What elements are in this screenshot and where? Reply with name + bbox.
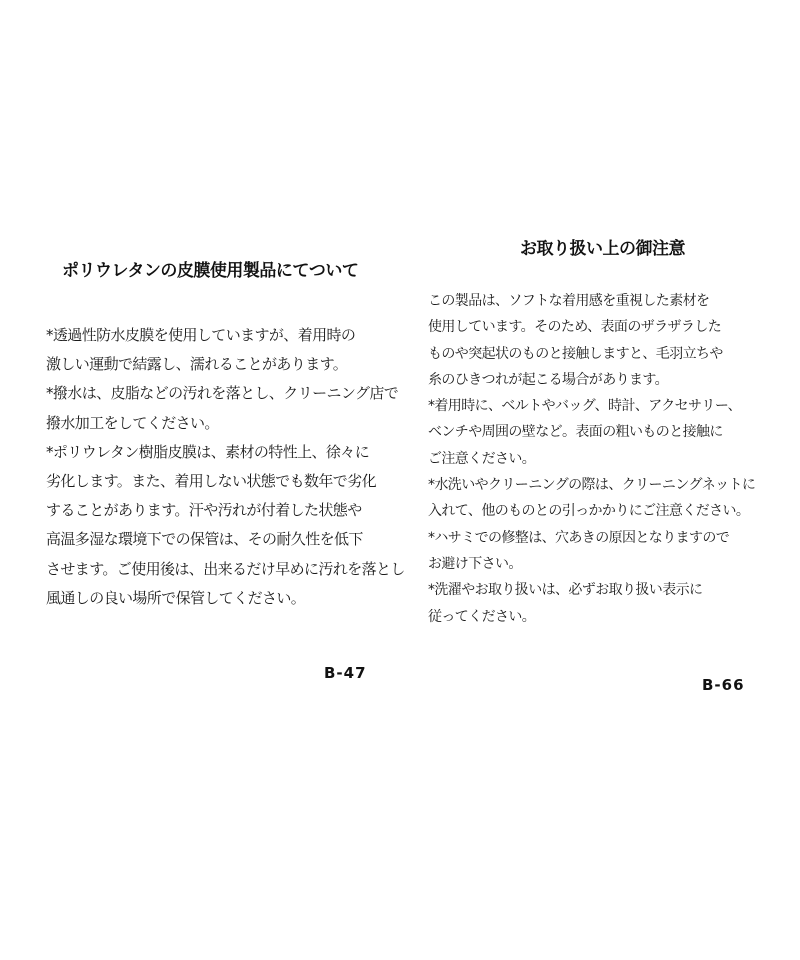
handling-caution-panel: お取り扱い上の御注意 この製品は、ソフトな着用感を重視した素材を 使用しています…	[428, 234, 768, 630]
handling-caution-text: この製品は、ソフトな着用感を重視した素材を 使用しています。そのため、表面のザラ…	[428, 288, 768, 630]
document-code-b66: B-66	[702, 676, 745, 694]
polyurethane-care-panel: ポリウレタンの皮膜使用製品にてついて *透過性防水皮膜を使用していますが、着用時…	[46, 256, 391, 613]
text-line: *水洗いやクリーニングの際は、クリーニングネットに	[428, 472, 768, 498]
text-line: *ハサミでの修整は、穴あきの原因となりますので	[428, 525, 768, 551]
text-line: することがあります。汗や汚れが付着した状態や	[46, 496, 391, 525]
text-line: ものや突起状のものと接触しますと、毛羽立ちや	[428, 341, 768, 367]
text-line: *洗濯やお取り扱いは、必ずお取り扱い表示に	[428, 577, 768, 603]
handling-caution-title: お取り扱い上の御注意	[520, 234, 768, 264]
text-line: 高温多湿な環境下での保管は、その耐久性を低下	[46, 525, 391, 554]
text-line: *透過性防水皮膜を使用していますが、着用時の	[46, 321, 391, 350]
text-line: *着用時に、ベルトやバッグ、時計、アクセサリー、	[428, 393, 768, 419]
text-line: 従ってください。	[428, 604, 768, 630]
text-line: 激しい運動で結露し、濡れることがあります。	[46, 350, 391, 379]
text-line: ベンチや周囲の壁など。表面の粗いものと接触に	[428, 419, 768, 445]
text-line: ご注意ください。	[428, 446, 768, 472]
text-line: させます。ご使用後は、出来るだけ早めに汚れを落とし	[46, 555, 391, 584]
text-line: 糸のひきつれが起こる場合があります。	[428, 367, 768, 393]
text-line: 使用しています。そのため、表面のザラザラした	[428, 314, 768, 340]
document-code-b47: B-47	[324, 664, 367, 682]
polyurethane-care-title: ポリウレタンの皮膜使用製品にてついて	[62, 256, 391, 286]
text-line: お避け下さい。	[428, 551, 768, 577]
text-line: 風通しの良い場所で保管してください。	[46, 584, 391, 613]
text-line: *撥水は、皮脂などの汚れを落とし、クリーニング店で	[46, 379, 391, 408]
polyurethane-care-text: *透過性防水皮膜を使用していますが、着用時の 激しい運動で結露し、濡れることがあ…	[46, 321, 391, 613]
text-line: この製品は、ソフトな着用感を重視した素材を	[428, 288, 768, 314]
text-line: *ポリウレタン樹脂皮膜は、素材の特性上、徐々に	[46, 438, 391, 467]
text-line: 撥水加工をしてください。	[46, 409, 391, 438]
text-line: 入れて、他のものとの引っかかりにご注意ください。	[428, 498, 768, 524]
text-line: 劣化します。また、着用しない状態でも数年で劣化	[46, 467, 391, 496]
